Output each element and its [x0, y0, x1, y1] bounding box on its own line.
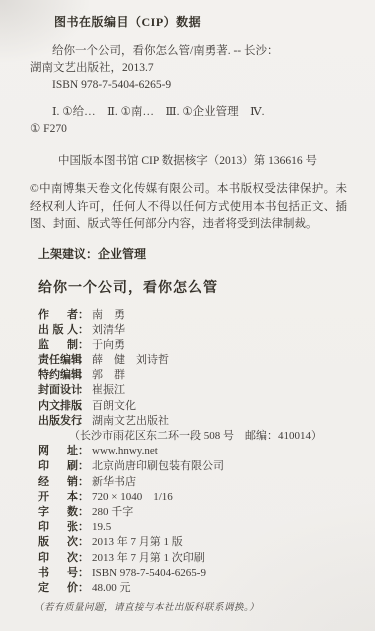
colophon-row-publisher: 出版发行：湖南文艺出版社	[38, 414, 347, 429]
colophon-row-supervisor: 监制：于向勇	[38, 338, 347, 353]
colophon-separator: ：	[78, 415, 89, 427]
colophon-value: 刘清华	[92, 324, 125, 336]
cip-entry-line1: 给你一个公司，看你怎么管/南勇著. -- 长沙：	[30, 43, 347, 60]
colophon-value: 郭 群	[92, 369, 125, 381]
colophon-label: 作者	[38, 308, 78, 323]
colophon-separator: ：	[78, 552, 89, 564]
colophon-separator: ：	[78, 491, 89, 503]
colophon-label: 网址	[38, 444, 78, 459]
cip-record-number: 中国版本图书馆 CIP 数据核字（2013）第 136616 号	[58, 152, 347, 168]
colophon-row-layout: 内文排版：百朗文化	[38, 399, 347, 414]
colophon-value: 2013 年 7 月第 1 版	[92, 536, 183, 548]
colophon-value: 百朗文化	[92, 400, 136, 412]
colophon-separator: ：	[78, 445, 89, 457]
colophon-value: 19.5	[92, 521, 111, 533]
colophon-separator: ：	[78, 536, 89, 548]
colophon-value: www.hnwy.net	[92, 445, 158, 457]
colophon-label: 印次	[38, 551, 78, 566]
colophon-value: 薛 健 刘诗哲	[92, 354, 169, 366]
cip-entry-line2: 湖南文艺出版社，2013.7	[30, 60, 347, 77]
colophon-separator: ：	[78, 582, 89, 594]
colophon-label: 印张	[38, 520, 78, 535]
colophon-row-editor: 责任编辑：薛 健 刘诗哲	[38, 353, 347, 368]
colophon-label: 版次	[38, 535, 78, 550]
colophon-value: 南 勇	[92, 309, 125, 321]
colophon-label: 经销	[38, 475, 78, 490]
colophon-row-price: 定价：48.00 元	[38, 581, 347, 596]
colophon-label: 监制	[38, 338, 78, 353]
cip-header: 图书在版编目（CIP）数据	[54, 13, 347, 30]
colophon-label: 内文排版	[38, 399, 78, 414]
colophon-row-special-editor: 特约编辑：郭 群	[38, 368, 347, 383]
colophon-label: 封面设计	[38, 383, 78, 398]
book-copyright-page: 图书在版编目（CIP）数据 给你一个公司，看你怎么管/南勇著. -- 长沙： 湖…	[0, 0, 375, 631]
colophon-row-publisher-person: 出版人：刘清华	[38, 323, 347, 338]
colophon-label: 特约编辑	[38, 368, 78, 383]
colophon-list: 作者：南 勇 出版人：刘清华 监制：于向勇 责任编辑：薛 健 刘诗哲 特约编辑：…	[38, 308, 347, 597]
colophon-row-printer: 印刷：北京尚唐印刷包装有限公司	[38, 459, 347, 474]
colophon-row-distributor: 经销：新华书店	[38, 475, 347, 490]
colophon-label: 书号	[38, 566, 78, 581]
colophon-value: 湖南文艺出版社	[92, 415, 169, 427]
quality-exchange-note: （若有质量问题，请直接与本社出版科联系调换。）	[34, 599, 347, 613]
colophon-value: 于向勇	[92, 339, 125, 351]
colophon-value: （长沙市雨花区东二环一段 508 号 邮编：410014）	[69, 430, 322, 442]
colophon-value: 新华书店	[92, 476, 136, 488]
colophon-separator: ：	[78, 400, 89, 412]
colophon-label: 开本	[38, 490, 78, 505]
colophon-label: 印刷	[38, 459, 78, 474]
colophon-separator: ：	[78, 567, 89, 579]
colophon-row-format: 开本：720 × 1040 1/16	[38, 490, 347, 505]
colophon-separator: ：	[78, 521, 89, 533]
colophon-row-author: 作者：南 勇	[38, 308, 347, 323]
shelf-advice: 上架建议：企业管理	[38, 245, 347, 262]
colophon-row-isbn: 书号：ISBN 978-7-5404-6265-9	[38, 566, 347, 581]
copyright-notice: ©中南博集天卷文化传媒有限公司。本书版权受法律保护。未经权利人许可，任何人不得以…	[30, 181, 347, 234]
colophon-value: 280 千字	[92, 506, 133, 518]
colophon-row-website: 网址：www.hnwy.net	[38, 444, 347, 459]
colophon-label: 责任编辑	[38, 353, 78, 368]
colophon-label: 出版发行	[38, 414, 78, 429]
book-title: 给你一个公司，看你怎么管	[38, 277, 347, 297]
cip-class-line1: Ⅰ. ①给… Ⅱ. ①南… Ⅲ. ①企业管理 Ⅳ.	[30, 104, 347, 121]
colophon-label: 出版人	[38, 323, 78, 338]
colophon-row-printing: 印次：2013 年 7 月第 1 次印刷	[38, 551, 347, 566]
colophon-separator: ：	[78, 476, 89, 488]
colophon-value: 北京尚唐印刷包装有限公司	[92, 460, 224, 472]
colophon-row-publisher-address: （长沙市雨花区东二环一段 508 号 邮编：410014）	[38, 429, 347, 444]
colophon-separator: ：	[78, 309, 89, 321]
colophon-value: 720 × 1040 1/16	[92, 491, 173, 503]
colophon-value: 2013 年 7 月第 1 次印刷	[92, 552, 205, 564]
colophon-separator: ：	[78, 354, 89, 366]
shelf-advice-value: 企业管理	[98, 247, 146, 261]
cip-class-line2: ① F270	[30, 121, 347, 138]
shelf-advice-label: 上架建议：	[38, 247, 98, 261]
cip-entry: 给你一个公司，看你怎么管/南勇著. -- 长沙： 湖南文艺出版社，2013.7 …	[30, 43, 347, 94]
cip-isbn-line: ISBN 978-7-5404-6265-9	[30, 77, 347, 94]
colophon-row-word-count: 字数：280 千字	[38, 505, 347, 520]
colophon-row-sheets: 印张：19.5	[38, 520, 347, 535]
colophon-row-edition: 版次：2013 年 7 月第 1 版	[38, 535, 347, 550]
colophon-separator: ：	[78, 384, 89, 396]
colophon-separator: ：	[78, 506, 89, 518]
colophon-value: ISBN 978-7-5404-6265-9	[92, 567, 206, 579]
cip-classification: Ⅰ. ①给… Ⅱ. ①南… Ⅲ. ①企业管理 Ⅳ. ① F270	[30, 104, 347, 138]
colophon-value: 48.00 元	[92, 582, 131, 594]
colophon-label: 定价	[38, 581, 78, 596]
colophon-label: 字数	[38, 505, 78, 520]
colophon-row-cover-design: 封面设计：崔振江	[38, 383, 347, 398]
colophon-separator: ：	[78, 339, 89, 351]
colophon-value: 崔振江	[92, 384, 125, 396]
colophon-separator: ：	[78, 324, 89, 336]
colophon-separator: ：	[78, 460, 89, 472]
colophon-separator: ：	[78, 369, 89, 381]
